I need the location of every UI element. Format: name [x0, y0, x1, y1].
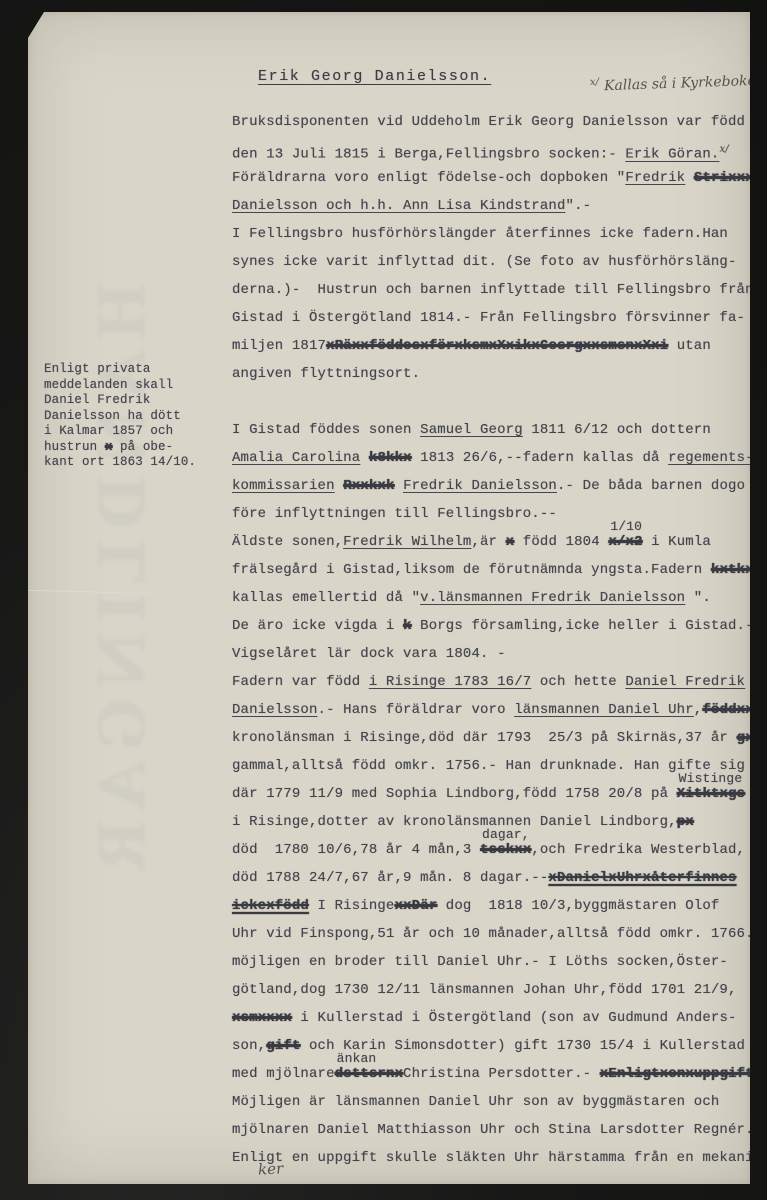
handwritten-bottom-note: ker [258, 1159, 284, 1178]
typed-text: ". [685, 590, 711, 606]
struck-out-text: gift [266, 1038, 300, 1054]
typed-line: i Kalmar 1857 och [44, 424, 209, 440]
typed-text: Fadern var född [232, 674, 369, 690]
typed-text: före inflyttningen till Fellingsbro.-- [232, 506, 557, 522]
typed-line: den 13 Juli 1815 i Berga,Fellingsbro soc… [232, 136, 752, 164]
typed-text: son, [232, 1038, 266, 1054]
typed-text: i Kullerstad i Östergötland (son av Gudm… [292, 1010, 737, 1026]
typed-line: Gistad i Östergötland 1814.- Från Fellin… [232, 304, 752, 332]
underlined-text: Samuel Georg [420, 422, 523, 438]
typed-text: Enligt privata [44, 362, 150, 376]
typed-line: meddelanden skall [44, 378, 209, 394]
typed-line: miljen 1817xRäxxföddesxförxksmxXxikxGesr… [232, 332, 752, 360]
typed-text: 1813 26/6,--fadern kallas då [412, 450, 669, 466]
typed-line: där 1779 11/9 med Sophia Lindborg,född 1… [232, 780, 752, 808]
typed-line: hustrun x på obe- [44, 440, 209, 456]
inserted-word-above: dagar, [482, 821, 530, 849]
typed-line: angiven flyttningsort. [232, 360, 752, 388]
typed-line [232, 388, 752, 416]
struck-out-text: xEnligtxenxuppgift [600, 1066, 754, 1082]
typed-line: Amalia Carolina k8kkx 1813 26/6,--fadern… [232, 444, 752, 472]
typed-line: Danielsson ha dött [44, 409, 209, 425]
typed-line: kant ort 1863 14/10. [44, 455, 209, 471]
typed-text: död 1788 24/7,67 år,9 mån. 8 dagar.-- [232, 870, 548, 886]
underlined-text: Amalia Carolina [232, 450, 360, 466]
typed-text: angiven flyttningsort. [232, 366, 420, 382]
struck-out-text: Strixxx [694, 170, 754, 186]
struck-out-text: px [677, 814, 694, 830]
typed-text: i Kalmar 1857 och [44, 424, 173, 438]
typed-text: född 1804 [514, 534, 608, 550]
typed-line: synes icke varit inflyttad dit. (Se foto… [232, 248, 752, 276]
typed-text: den 13 Juli 1815 i Berga,Fellingsbro soc… [232, 147, 625, 163]
struck-out-text: Rxxkxk [343, 478, 394, 494]
typed-line: kronolänsman i Risinge,död där 1793 25/3… [232, 724, 752, 752]
typed-line: gammal,alltså född omkr. 1756.- Han drun… [232, 752, 752, 780]
typed-text: Gistad i Östergötland 1814.- Från Fellin… [232, 310, 745, 326]
typed-line: De äro icke vigda i k Borgs församling,i… [232, 612, 752, 640]
typed-text: miljen 1817 [232, 338, 326, 354]
typed-text: utan [668, 338, 711, 354]
typed-text: .- Hans föräldrar voro [318, 702, 515, 718]
typed-text: ,och Fredrika Westerblad, [531, 842, 745, 858]
typed-text: götland,dog 1730 12/11 länsmannen Johan … [232, 982, 737, 998]
inserted-word-above: 1/10 [610, 513, 642, 541]
struck-out-text: xxDär [394, 898, 437, 914]
typed-line: mjölnaren Daniel Matthiasson Uhr och Sti… [232, 1116, 752, 1144]
struck-out-text: kxtkxx [711, 562, 762, 578]
typed-text: De äro icke vigda i [232, 618, 403, 634]
inserted-word-above: änkan [337, 1045, 377, 1073]
typed-line: Möjligen är länsmannen Daniel Uhr son av… [232, 1088, 752, 1116]
typed-line: son,gift och Karin Simonsdotter) gift 17… [232, 1032, 752, 1060]
typed-text: mjölnaren Daniel Matthiasson Uhr och Sti… [232, 1122, 762, 1138]
typed-text: I Fellingsbro husförhörslängder återfinn… [232, 226, 728, 242]
typed-line: död 1788 24/7,67 år,9 mån. 8 dagar.--xDa… [232, 864, 752, 892]
typed-text: 1811 6/12 och dottern [523, 422, 711, 438]
footnote-marker: x/ [719, 144, 728, 155]
struck-out-text: k [403, 618, 412, 634]
typed-line: I Fellingsbro husförhörslängder återfinn… [232, 220, 752, 248]
typed-line: Enligt privata [44, 362, 209, 378]
typed-line: Danielsson.- Hans föräldrar voro länsman… [232, 696, 752, 724]
interlinear-correction: 1/10x/x2 [608, 528, 642, 556]
typed-text: Vigselåret lär dock vara 1804. - [232, 646, 506, 662]
handwritten-top-annotation: x/Kallas så i Kyrkeboken [590, 71, 765, 95]
typed-text [360, 450, 369, 466]
typed-line: derna.)- Hustrun och barnen inflyttade t… [232, 276, 752, 304]
typed-text: I Gistad föddes sonen [232, 422, 420, 438]
typed-text: ,är [471, 534, 505, 550]
typed-line: kallas emellertid då "v.länsmannen Fredr… [232, 584, 752, 612]
struck-out-text: gxx [737, 730, 763, 746]
typed-text: kallas emellertid då " [232, 590, 420, 606]
typed-line: Bruksdisponenten vid Uddeholm Erik Georg… [232, 108, 752, 136]
typed-text: Bruksdisponenten vid Uddeholm Erik Georg… [232, 114, 745, 130]
typed-text: meddelanden skall [44, 378, 173, 392]
typed-text: med mjölnare [232, 1066, 335, 1082]
underlined-text: Fredrik [625, 170, 685, 186]
typed-text: .- De båda barnen dogo [557, 478, 745, 494]
struck-out-text: xRäxxföddesxförxksmxXxikxGesrgxxsmsnxXxi [326, 338, 668, 354]
typed-line: ickexfödd I RisingexxDär dog 1818 10/3,b… [232, 892, 752, 920]
typed-line: möjligen en broder till Daniel Uhr.- I L… [232, 948, 752, 976]
typed-line: götland,dog 1730 12/11 länsmannen Johan … [232, 976, 752, 1004]
interlinear-correction: WistingeXitktxgs [677, 780, 745, 808]
typed-text: kronolänsman i Risinge,död där 1793 25/3… [232, 730, 737, 746]
typed-text: död 1780 10/6,78 år 4 mån,3 [232, 842, 480, 858]
typed-text: dog 1818 10/3,byggmästaren Olof [437, 898, 719, 914]
typed-text: möjligen en broder till Daniel Uhr.- I L… [232, 954, 728, 970]
struck-out-text: k8kkx [369, 450, 412, 466]
typed-line: Daniel Fredrik [44, 393, 209, 409]
typed-line: före inflyttningen till Fellingsbro.-- [232, 500, 752, 528]
document-title: Erik Georg Danielsson. [258, 68, 491, 85]
typed-text: I Risinge [309, 898, 395, 914]
underlined-text: Fredrik Danielsson [403, 478, 557, 494]
typed-text [335, 478, 344, 494]
typed-line: kommissarien Rxxkxk Fredrik Danielsson.-… [232, 472, 752, 500]
typed-text: Uhr vid Finspong,51 år och 10 månader,al… [232, 926, 754, 942]
typed-line: Danielsson och h.h. Ann Lisa Kindstrand"… [232, 192, 752, 220]
typed-text: frälsegård i Gistad,liksom de förutnämnd… [232, 562, 711, 578]
struck-out-text: xsmxxxx [232, 1010, 292, 1026]
underlined-text: v.länsmannen Fredrik Danielsson [420, 590, 685, 606]
typed-line: frälsegård i Gistad,liksom de förutnämnd… [232, 556, 752, 584]
inserted-word-above: Wistinge [679, 765, 743, 793]
typed-text [685, 170, 694, 186]
typed-text: ".- [566, 198, 592, 214]
underlined-text: regements- [668, 450, 754, 466]
typed-text: i Risinge,dotter av kronolänsmannen Dani… [232, 814, 677, 830]
typed-text: synes icke varit inflyttad dit. (Se foto… [232, 254, 737, 270]
typed-text: där 1779 11/9 med Sophia Lindborg,född 1… [232, 786, 677, 802]
typed-text: Borgs församling,icke heller i Gistad.- [412, 618, 754, 634]
underlined-text: kommissarien [232, 478, 335, 494]
struck-out-text: föddxx [702, 702, 753, 718]
typed-line: Uhr vid Finspong,51 år och 10 månader,al… [232, 920, 752, 948]
typed-line: Äldste sonen,Fredrik Wilhelm,är x född 1… [232, 528, 752, 556]
typed-text: Möjligen är länsmannen Daniel Uhr son av… [232, 1094, 719, 1110]
struck-out-text: xDanielxUhrxåterfinnes [548, 870, 736, 886]
margin-note: Enligt privatameddelanden skallDaniel Fr… [44, 362, 209, 471]
underlined-text: Fredrik Wilhelm [343, 534, 471, 550]
typed-text: hustrun [44, 440, 105, 454]
typed-line: Enligt en uppgift skulle släkten Uhr här… [232, 1144, 752, 1172]
typed-line: Fadern var född i Risinge 1783 16/7 och … [232, 668, 752, 696]
typed-text: Christina Persdotter.- [403, 1066, 600, 1082]
typed-line: med mjölnareänkandsttsrnxChristina Persd… [232, 1060, 752, 1088]
typed-text: och hette [531, 674, 625, 690]
typed-text: på obe- [112, 440, 173, 454]
typed-text: Enligt en uppgift skulle släkten Uhr här… [232, 1150, 762, 1166]
struck-out-text: x [506, 534, 515, 550]
document-paper: HANDLINGAR Erik Georg Danielsson. x/Kall… [28, 12, 750, 1184]
underlined-text: Danielsson och h.h. Ann Lisa Kindstrand [232, 198, 566, 214]
photo-background: { "title": { "text": "Erik Georg Daniels… [0, 0, 767, 1200]
typed-text: gammal,alltså född omkr. 1756.- Han drun… [232, 758, 745, 774]
underlined-text: i Risinge 1783 16/7 [369, 674, 531, 690]
typed-text [395, 478, 404, 494]
interlinear-correction: dagar,tsskxx [480, 836, 531, 864]
typed-text: Daniel Fredrik [44, 393, 150, 407]
underlined-text: Erik Göran. [625, 147, 719, 163]
typed-body-text: Bruksdisponenten vid Uddeholm Erik Georg… [232, 108, 752, 1172]
typed-line: I Gistad föddes sonen Samuel Georg 1811 … [232, 416, 752, 444]
underlined-text: Daniel Fredrik [625, 674, 745, 690]
interlinear-correction: änkandsttsrnx [335, 1060, 403, 1088]
struck-out-text: ickexfödd [232, 898, 309, 914]
typed-line: Föräldrarna voro enligt födelse-och dopb… [232, 164, 752, 192]
footnote-marker: x/ [590, 77, 599, 88]
typed-text: Föräldrarna voro enligt födelse-och dopb… [232, 170, 625, 186]
handwritten-top-note-text: Kallas så i Kyrkeboken [604, 73, 765, 95]
typed-text: derna.)- Hustrun och barnen inflyttade t… [232, 282, 754, 298]
typed-text: Danielsson ha dött [44, 409, 181, 423]
typed-line: Vigselåret lär dock vara 1804. - [232, 640, 752, 668]
typed-line: xsmxxxx i Kullerstad i Östergötland (son… [232, 1004, 752, 1032]
typed-text: Äldste sonen, [232, 534, 343, 550]
underlined-text: Danielsson [232, 702, 318, 718]
underlined-text: länsmannen Daniel Uhr [514, 702, 694, 718]
typed-line: död 1780 10/6,78 år 4 mån,3 dagar,tsskxx… [232, 836, 752, 864]
typed-text: i Kumla [643, 534, 711, 550]
typed-text: kant ort 1863 14/10. [44, 455, 196, 469]
